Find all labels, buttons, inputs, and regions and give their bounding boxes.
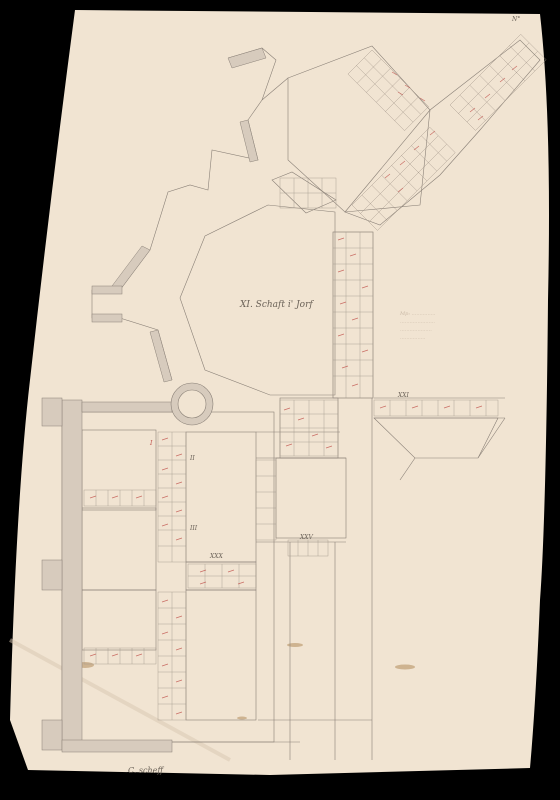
room-numeral: XXI [398,392,409,399]
room-numeral: III [190,525,197,532]
floor-plan-drawing [0,0,560,800]
right-margin-note: Mp: ............... ....................… [400,310,435,342]
room-numeral: XXX [210,553,223,560]
scanned-floor-plan: XI. Schaft i' Jorf C. scheff N° Mp: ....… [0,0,560,800]
paper-sheet [10,10,549,775]
top-corner-mark: N° [512,16,520,23]
room-numeral: XXV [300,534,313,541]
main-room-label: XI. Schaft i' Jorf [240,300,313,310]
room-numeral: I [150,440,152,447]
round-tower [171,383,213,425]
bottom-signature: C. scheff [128,766,163,775]
room-numeral: II [190,455,195,462]
